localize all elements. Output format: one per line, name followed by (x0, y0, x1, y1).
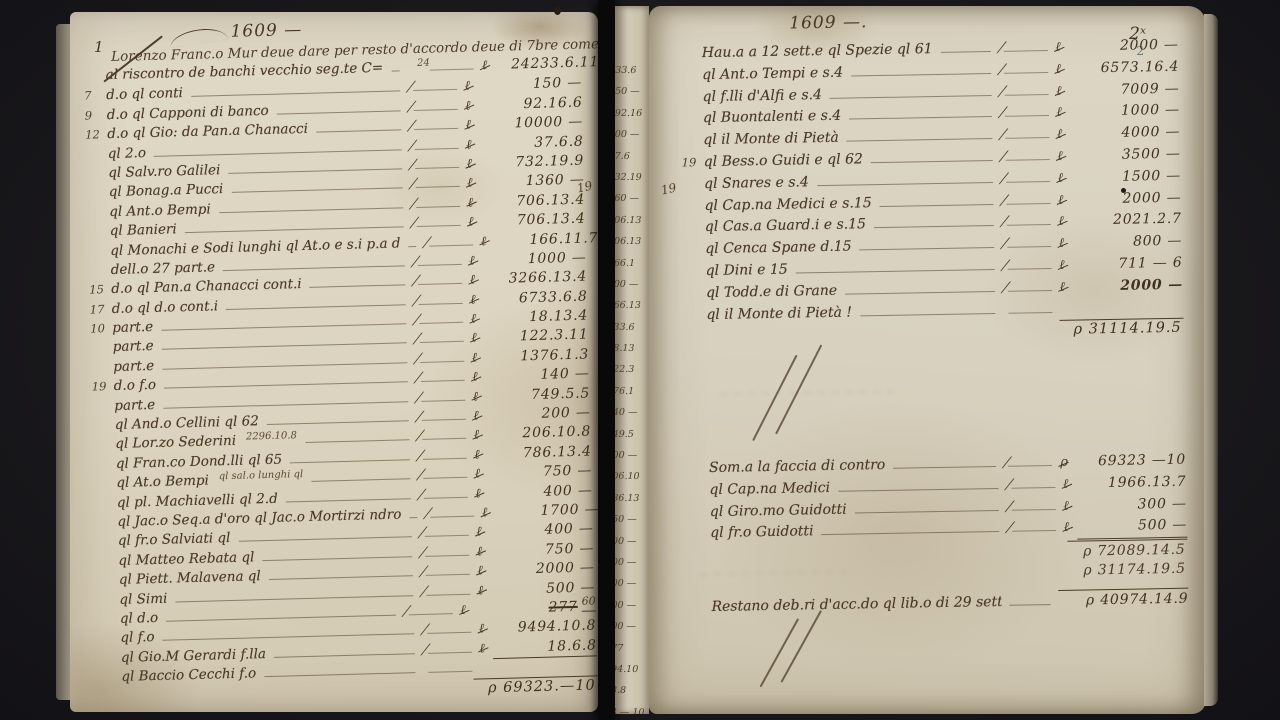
currency-mark: ℓ (1059, 255, 1065, 277)
entry-name: ql Piett. Malavena ql (119, 567, 261, 590)
currency-mark: ℓ (1057, 168, 1063, 190)
day-number (88, 235, 110, 236)
currency-mark: ℓ (468, 213, 474, 233)
right-entries: Hau.a a 12 sett.e ql Spezie ql 61 / ℓ 20… (680, 35, 1184, 327)
currency-mark: ℓ (1058, 189, 1064, 211)
entry-name: ql Todd.e di Grane (706, 281, 837, 305)
entry-name: ql Cenca Spane d.15 (705, 237, 852, 261)
day-number (86, 177, 108, 178)
cutoff-amount: 86.13 (615, 488, 646, 510)
entry-amount: 69323 —10 (1076, 450, 1186, 474)
cutoff-amount: 60 — (615, 188, 648, 210)
currency-mark: ℓ (478, 581, 484, 601)
currency-mark: ℓ (1057, 146, 1063, 168)
day-number (93, 448, 115, 449)
posting-tick: / (998, 169, 1009, 191)
entry-name: part.e (113, 357, 154, 377)
entry-amount: 2000 — (1069, 35, 1179, 59)
posting-tick: / (407, 156, 418, 176)
currency-mark: ℓ (479, 620, 485, 640)
currency-mark: ℓ (1064, 517, 1070, 539)
currency-mark: ℓ (466, 135, 472, 155)
balance-row: Restano deb.ri d'acc.do ql lib.o di 29 s… (689, 588, 1188, 619)
posting-tick: / (413, 369, 424, 389)
entry-name: d.o ql conti (106, 84, 183, 105)
entry-name: d.o f.o (114, 376, 157, 397)
posting-tick: / (1003, 496, 1014, 518)
currency-mark: ℓ (464, 77, 470, 97)
cutoff-amount: 8.8 (615, 680, 645, 702)
entry-amount: 1966.13.7 (1076, 471, 1186, 495)
entry-name: ql At.o Bempi (116, 472, 209, 494)
carry-forward-block: Som.a la faccia di contro / ρ 69323 —10 … (687, 449, 1189, 619)
currency-mark: ℓ (1056, 59, 1062, 81)
posting-tick: / (401, 602, 412, 622)
posting-tick: / (410, 253, 421, 273)
currency-mark: ℓ (481, 232, 487, 252)
currency-mark: ℓ (1063, 474, 1069, 496)
currency-mark: ℓ (469, 271, 475, 291)
cutoff-amount: 22.3 (615, 359, 647, 381)
manuscript-scan: 1 1609 — Lorenzo Franc.o Mur deue dare p… (0, 0, 1280, 720)
day-number (96, 545, 118, 546)
entry-name: ql fr.o Guidotti (710, 522, 814, 546)
interline-note: 2296.10.8 (246, 427, 297, 448)
posting-tick: / (418, 563, 429, 583)
currency-mark: ℓ (1056, 102, 1062, 124)
posting-tick: / (411, 311, 422, 331)
day-number (87, 216, 109, 217)
cancellation-slash (752, 355, 797, 441)
currency-mark: ℓ (477, 562, 483, 582)
cutoff-amount: 00 — (615, 274, 648, 296)
entry-name: ql 2.o (107, 144, 146, 164)
currency-mark: ℓ (479, 639, 485, 659)
entry-amount: 7009 — (1069, 78, 1179, 102)
entry-name: ql Baccio Cecchi f.o (121, 664, 256, 687)
posting-tick: / (998, 212, 1009, 234)
currency-mark: ℓ (474, 426, 480, 446)
entry-name: d.o ql d.o cont.i (112, 297, 219, 319)
entry-amount: 800 — (1072, 231, 1182, 255)
day-number (98, 623, 120, 624)
cutoff-amount: 66.1 (615, 252, 648, 274)
cutoff-amount: 06.13 (615, 231, 648, 253)
cancellation-slash (775, 344, 822, 434)
entry-amount: 1000 — (1070, 100, 1180, 124)
entry-name: ql Cap.na Medici e s.15 (704, 193, 872, 218)
currency-mark: ℓ (472, 348, 478, 368)
currency-mark: ℓ (471, 329, 477, 349)
day-number (86, 158, 108, 159)
day-number (91, 351, 113, 352)
posting-tick: / (418, 582, 429, 602)
posting-tick: / (419, 621, 430, 641)
posting-tick: / (405, 78, 416, 98)
currency-mark: ℓ (471, 310, 477, 330)
entry-name: ql Ant.o Tempi e s.4 (702, 62, 843, 86)
posting-tick: / (1000, 453, 1011, 475)
carry-forward-entries: Som.a la faccia di contro / ρ 69323 —10 … (687, 450, 1187, 546)
posting-tick: / (1003, 474, 1014, 496)
posting-tick: / (411, 292, 422, 312)
cutoff-amount: 33.6 (615, 317, 647, 339)
left-entries: 7 d.o ql conti / ℓ 150 — 9 d.o ql Cappon… (84, 74, 598, 688)
pen-flourish (169, 25, 228, 47)
right-ledger-page: 2ˣ 2 ~ ~ ~ ~ ~ ~ ~ ~ ~ ~ ~ ~ ~ ~ ~ ~ ~ ~… (649, 6, 1206, 714)
entry-amount: 300 — (1077, 493, 1187, 517)
cutoff-amount: 50 — (615, 81, 649, 103)
cutoff-amount: 33.6 (615, 60, 649, 82)
entry-amount: 500 — (491, 578, 595, 600)
entry-name: ql f.o (120, 628, 155, 648)
posting-tick: / (406, 117, 417, 137)
posting-tick: / (408, 175, 419, 195)
cutoff-amount: 00 — (615, 124, 649, 146)
day-number: 15 (89, 280, 112, 300)
cutoff-amount: 00 — (615, 616, 645, 638)
cancellation-slash (780, 610, 822, 683)
entry-name: ql Bess.o Guidi e ql 62 (704, 149, 864, 174)
posting-tick: / (408, 195, 419, 215)
currency-mark: ℓ (473, 406, 479, 426)
posting-tick: / (414, 408, 425, 428)
cutoff-amount: 50 — (615, 509, 646, 531)
cutoff-amount: 06.10 (615, 466, 646, 488)
cutoff-amount: 32.19 (615, 167, 648, 189)
currency-mark: ℓ (460, 601, 466, 621)
day-number (95, 507, 117, 508)
posting-tick: / (1004, 518, 1015, 540)
currency-mark: ℓ (1057, 124, 1063, 146)
entry-amount: 2000 — (1071, 187, 1181, 211)
posting-tick: / (999, 256, 1010, 278)
entry-amount: 2000 — (1073, 274, 1183, 298)
posting-tick: / (999, 277, 1010, 299)
entry-name: ql Cas.a Guard.i e s.15 (705, 215, 867, 240)
entry-name: ql d.o (120, 609, 159, 629)
entry-amount: 711 — 6 (1072, 253, 1182, 277)
cutoff-amounts-column: 33.650 —92.1600 —7.632.1960 —06.1306.136… (615, 60, 649, 714)
day-number: 9 (84, 106, 107, 126)
entry-name: ql Cap.na Medici (709, 478, 830, 502)
day-number (99, 662, 121, 663)
posting-tick: / (407, 137, 418, 157)
right-page-content: 1609 —. Hau.a a 12 sett.e ql Spezie ql 6… (649, 0, 1218, 714)
entry-amount: 3500 — (1071, 144, 1181, 168)
binding-gutter (598, 0, 615, 720)
currency-mark: ℓ (465, 116, 471, 136)
cutoff-amount: 94.10 (615, 659, 645, 681)
cutoff-amount: 92.16 (615, 103, 649, 125)
cancellation-slash (760, 618, 800, 687)
entry-name: ql il Monte di Pietà (703, 128, 839, 152)
underleaf-edge: 33.650 —92.1600 —7.632.1960 —06.1306.136… (615, 6, 649, 714)
posting-tick: / (420, 641, 431, 661)
subtotal-figures: ρ 72089.14.5ρ 31174.19.5 (688, 539, 1188, 587)
day-number (96, 565, 118, 566)
cutoff-amount: 00 — (615, 530, 646, 552)
interline-note: ql sal.o lunghi ql (219, 465, 304, 487)
currency-mark: ℓ (1055, 37, 1061, 59)
day-number (87, 196, 109, 197)
entry-amount: 2021.2.7 (1072, 209, 1182, 233)
posting-tick: / (995, 38, 1006, 60)
entry-amount: 500 — (1077, 515, 1187, 540)
posting-tick: / (415, 466, 426, 486)
entry-name: ql Dini e 15 (705, 260, 787, 283)
day-number (97, 584, 119, 585)
entry-name: part.e (112, 318, 153, 338)
posting-tick: / (996, 103, 1007, 125)
amount-correction: 60 (581, 591, 596, 612)
entry-amount (1073, 310, 1183, 312)
entry-name: part.e (113, 337, 154, 357)
day-number: 12 (85, 125, 108, 145)
currency-mark: ℓ (482, 503, 488, 523)
posting-tick: / (422, 505, 433, 525)
posting-tick: / (996, 60, 1007, 82)
posting-tick: / (409, 214, 420, 234)
balance-row-wrap: Restano deb.ri d'acc.do ql lib.o di 29 s… (689, 588, 1188, 619)
entry-name: ql Giro.mo Guidotti (710, 499, 847, 523)
right-page-fore-edge (1204, 14, 1218, 706)
currency-mark: ℓ (475, 484, 481, 504)
entry-name: ql Ant.o Bempi (109, 200, 211, 222)
currency-mark: ℓ (465, 96, 471, 116)
posting-tick: / (996, 81, 1007, 103)
entry-name: ql Buontalenti e s.4 (703, 106, 842, 130)
entry-name: Som.a la faccia di contro (709, 455, 886, 480)
entry-name: ql il Monte di Pietà ! (706, 302, 852, 326)
entry-amount: 24233.6.11 (495, 53, 599, 75)
cutoff-amount: 40 — (615, 402, 647, 424)
day-number: 19 (682, 152, 704, 174)
day-number (99, 642, 121, 643)
entry-name: Hau.a a 12 sett.e ql Spezie ql 61 (702, 39, 933, 65)
subtotal-amount: ρ 31174.19.5 (1067, 559, 1188, 580)
interline-note: 24 (417, 54, 430, 74)
entry-name: part.e (114, 396, 155, 416)
right-year-heading: 1609 —. (679, 7, 1178, 36)
posting-tick: / (412, 330, 423, 350)
day-number (100, 681, 122, 682)
posting-tick: / (997, 125, 1008, 147)
currency-mark: ℓ (472, 368, 478, 388)
posting-tick: / (417, 524, 428, 544)
left-ledger-page: 1 1609 — Lorenzo Franc.o Mur deue dare p… (70, 12, 598, 712)
posting-tick: / (413, 389, 424, 409)
cutoff-amount: 8.13 (615, 338, 647, 360)
entry-amount: 6573.16.4 (1069, 57, 1179, 81)
posting-tick: / (416, 485, 427, 505)
entry-amount: 1500 — (1071, 166, 1181, 190)
posting-tick: / (414, 427, 425, 447)
posting-tick: / (998, 190, 1009, 212)
posting-tick: / (999, 234, 1010, 256)
posting-tick: / (417, 544, 428, 564)
posting-tick: / (997, 147, 1008, 169)
currency-mark: ℓ (1059, 277, 1065, 299)
posting-tick: / (421, 233, 432, 253)
currency-mark: ℓ (470, 290, 476, 310)
posting-tick: / (406, 98, 417, 118)
day-number (95, 526, 117, 527)
currency-mark: ℓ (1059, 233, 1065, 255)
currency-mark: ℓ (1058, 211, 1064, 233)
currency-mark: ρ (1060, 452, 1068, 474)
cutoff-amount: 06.13 (615, 210, 648, 232)
day-number: 19 (92, 377, 115, 397)
entry-name: ql And.o Cellini ql 62 (115, 412, 260, 435)
currency-mark: ℓ (467, 193, 473, 213)
entry-name: ql Snares e s.4 (704, 172, 809, 196)
entry-name: ql f.lli d'Alfi e s.4 (702, 85, 822, 109)
currency-mark: ℓ (1056, 80, 1062, 102)
currency-mark: ℓ (477, 542, 483, 562)
balance-amount: ρ 40974.14.9 (1058, 588, 1188, 613)
entry-amount: 18.6.8 (493, 636, 597, 659)
entry-amount (493, 669, 597, 672)
currency-mark: ℓ (475, 465, 481, 485)
cutoff-amount: 00 — (615, 445, 646, 467)
currency-mark: ℓ (474, 445, 480, 465)
day-number: 7 (84, 86, 107, 106)
cutoff-amount: 3 — 10 (615, 702, 645, 714)
currency-mark: ℓ (482, 56, 488, 76)
cutoff-amount: 00 — (615, 552, 646, 574)
day-number: 17 (90, 300, 113, 320)
currency-mark: ℓ (469, 251, 475, 271)
day-number (91, 371, 113, 372)
left-page-content: 1609 — Lorenzo Franc.o Mur deue dare per… (70, 0, 616, 712)
posting-tick: / (412, 350, 423, 370)
day-number (92, 410, 114, 411)
day-number (88, 255, 110, 256)
day-number (94, 487, 116, 488)
currency-mark: ℓ (473, 387, 479, 407)
cutoff-amount: 49.5 (615, 424, 646, 446)
currency-mark: ℓ (467, 174, 473, 194)
posting-tick: / (415, 447, 426, 467)
cutoff-amount: 66.13 (615, 295, 647, 317)
cutoff-amount: 00 — (615, 573, 645, 595)
balance-label: Restano deb.ri d'acc.do ql lib.o di 29 s… (711, 592, 1001, 619)
cutoff-amount: 7.6 (615, 145, 648, 167)
currency-mark: ℓ (466, 154, 472, 174)
day-number (94, 468, 116, 469)
entry-name: ql Simi (119, 589, 167, 610)
posting-tick: / (410, 272, 421, 292)
cutoff-amount: 77 (615, 637, 645, 659)
day-number (93, 429, 115, 430)
cutoff-amount: 00 — (615, 595, 645, 617)
currency-mark: ℓ (476, 523, 482, 543)
day-number (98, 603, 120, 604)
cutoff-amount: 76.1 (615, 381, 647, 403)
subtotal-amount: ρ 72089.14.5 (1067, 539, 1188, 561)
entry-amount: 4000 — (1070, 122, 1180, 146)
currency-mark: ℓ (1063, 495, 1069, 517)
entry-name: ql Banieri (110, 220, 177, 241)
day-number: 10 (90, 319, 113, 339)
day-number (89, 274, 111, 275)
